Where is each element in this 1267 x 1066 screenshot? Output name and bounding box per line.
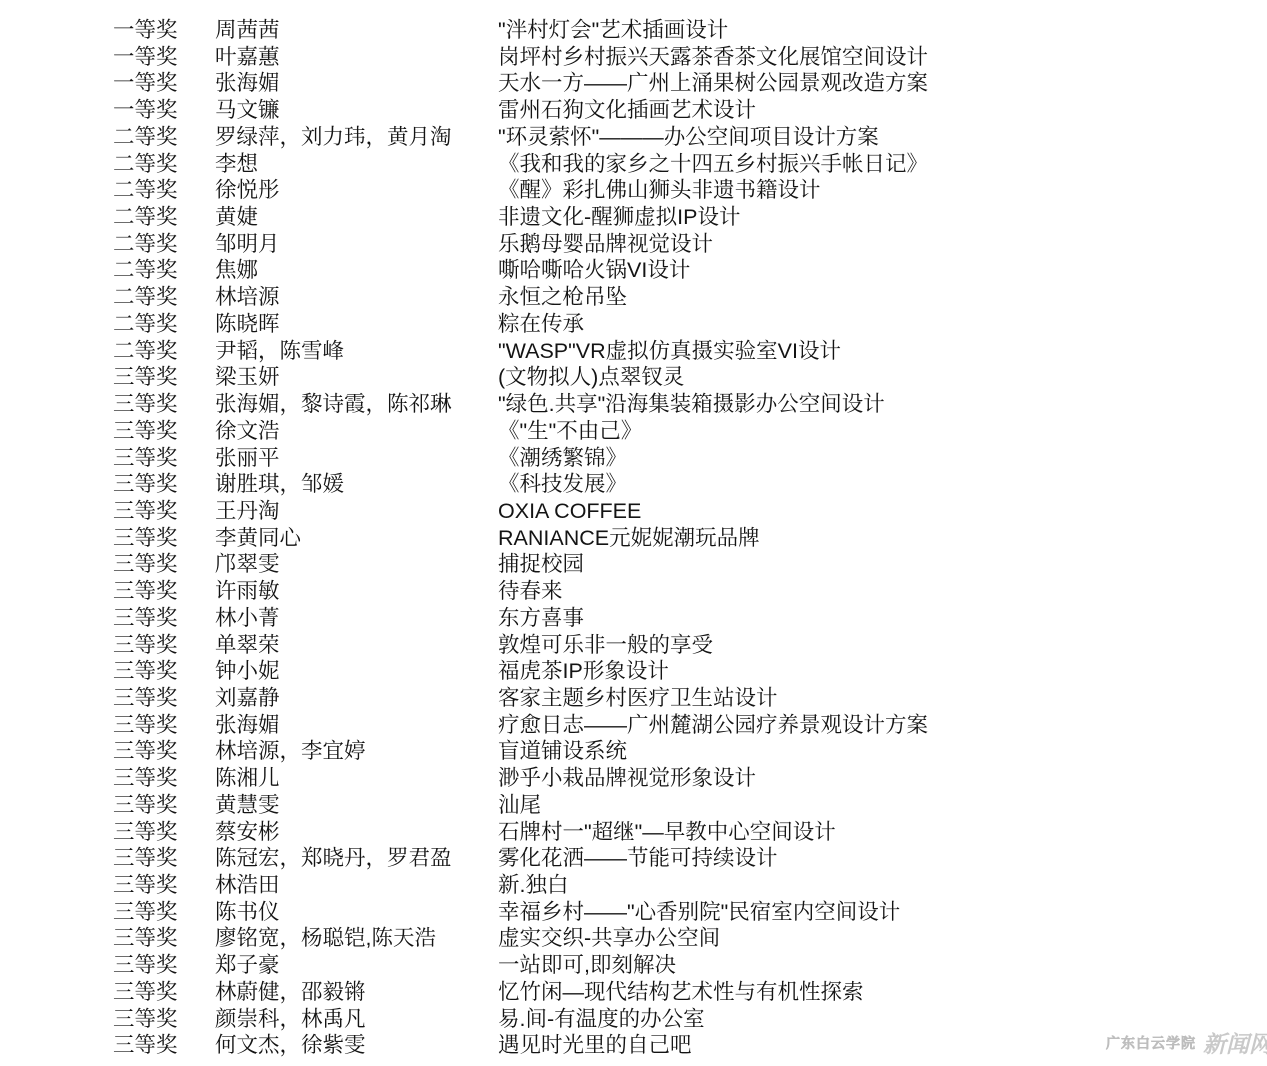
award-rank-cell: 二等奖 xyxy=(113,124,215,151)
work-title-cell: "绿色.共享"沿海集装箱摄影办公空间设计 xyxy=(498,391,885,418)
award-row: 三等奖 林浩田 新.独白 xyxy=(113,872,928,899)
winner-names-cell: 罗绿萍，刘力玮，黄月淘 xyxy=(215,124,498,151)
award-rank-cell: 三等奖 xyxy=(113,498,215,525)
winner-names-cell: 叶嘉蕙 xyxy=(215,44,498,71)
winner-names-cell: 张海媚 xyxy=(215,70,498,97)
winner-names-cell: 张海媚 xyxy=(215,712,498,739)
award-row: 三等奖 林培源，李宜婷 盲道铺设系统 xyxy=(113,738,928,765)
winner-names-cell: 林培源 xyxy=(215,284,498,311)
work-title-cell: 东方喜事 xyxy=(498,605,584,632)
work-title-cell: 嘶哈嘶哈火锅VI设计 xyxy=(498,257,690,284)
award-row: 三等奖 梁玉妍 (文物拟人)点翠钗灵 xyxy=(113,364,928,391)
work-title-cell: 福虎茶IP形象设计 xyxy=(498,658,669,685)
award-row: 三等奖 陈湘儿 渺乎小栽品牌视觉形象设计 xyxy=(113,765,928,792)
award-row: 三等奖 廖铭宽，杨聪铠,陈天浩 虚实交织-共享办公空间 xyxy=(113,925,928,952)
winner-names-cell: 张海媚，黎诗霞，陈祁琳 xyxy=(215,391,498,418)
winner-names-cell: 黄慧雯 xyxy=(215,792,498,819)
award-rank-cell: 二等奖 xyxy=(113,177,215,204)
award-rank-cell: 三等奖 xyxy=(113,364,215,391)
award-row: 三等奖 林小菁 东方喜事 xyxy=(113,605,928,632)
awards-document: 一等奖 周茜茜 "泮村灯会"艺术插画设计 一等奖 叶嘉蕙 岗坪村乡村振兴天露茶香… xyxy=(0,0,1267,1066)
award-row: 三等奖 黄慧雯 汕尾 xyxy=(113,792,928,819)
winner-names-cell: 许雨敏 xyxy=(215,578,498,605)
award-row: 三等奖 刘嘉静 客家主题乡村医疗卫生站设计 xyxy=(113,685,928,712)
work-title-cell: 《"生"不由己》 xyxy=(498,418,642,445)
work-title-cell: 粽在传承 xyxy=(498,311,584,338)
award-row: 二等奖 邹明月 乐鹅母婴品牌视觉设计 xyxy=(113,231,928,258)
award-row: 三等奖 陈冠宏，郑晓丹，罗君盈 雾化花洒——节能可持续设计 xyxy=(113,845,928,872)
work-title-cell: "WASP"VR虚拟仿真摄实验室VI设计 xyxy=(498,338,841,365)
work-title-cell: 《我和我的家乡之十四五乡村振兴手帐日记》 xyxy=(498,151,928,178)
watermark-college-name: 广东白云学院 xyxy=(1106,1033,1196,1053)
work-title-cell: 虚实交织-共享办公空间 xyxy=(498,925,720,952)
award-rank-cell: 一等奖 xyxy=(113,70,215,97)
winner-names-cell: 单翠荣 xyxy=(215,632,498,659)
award-row: 三等奖 张海媚 疗愈日志——广州麓湖公园疗养景观设计方案 xyxy=(113,712,928,739)
award-rank-cell: 二等奖 xyxy=(113,257,215,284)
award-rank-cell: 一等奖 xyxy=(113,17,215,44)
award-rank-cell: 三等奖 xyxy=(113,712,215,739)
award-row: 二等奖 尹韬，陈雪峰 "WASP"VR虚拟仿真摄实验室VI设计 xyxy=(113,338,928,365)
award-row: 二等奖 徐悦彤 《醒》彩扎佛山狮头非遗书籍设计 xyxy=(113,177,928,204)
award-rank-cell: 三等奖 xyxy=(113,792,215,819)
award-rank-cell: 二等奖 xyxy=(113,311,215,338)
work-title-cell: "环灵萦怀"———办公空间项目设计方案 xyxy=(498,124,879,151)
award-rank-cell: 三等奖 xyxy=(113,685,215,712)
work-title-cell: 疗愈日志——广州麓湖公园疗养景观设计方案 xyxy=(498,712,928,739)
award-rank-cell: 二等奖 xyxy=(113,204,215,231)
award-rank-cell: 三等奖 xyxy=(113,952,215,979)
award-rank-cell: 三等奖 xyxy=(113,551,215,578)
award-rank-cell: 二等奖 xyxy=(113,151,215,178)
work-title-cell: (文物拟人)点翠钗灵 xyxy=(498,364,684,391)
award-rank-cell: 三等奖 xyxy=(113,632,215,659)
award-rank-cell: 三等奖 xyxy=(113,525,215,552)
winner-names-cell: 陈冠宏，郑晓丹，罗君盈 xyxy=(215,845,498,872)
winner-names-cell: 徐文浩 xyxy=(215,418,498,445)
winner-names-cell: 张丽平 xyxy=(215,445,498,472)
work-title-cell: 汕尾 xyxy=(498,792,541,819)
award-rank-cell: 三等奖 xyxy=(113,738,215,765)
winner-names-cell: 尹韬，陈雪峰 xyxy=(215,338,498,365)
award-row: 二等奖 焦娜 嘶哈嘶哈火锅VI设计 xyxy=(113,257,928,284)
winner-names-cell: 陈晓晖 xyxy=(215,311,498,338)
work-title-cell: 非遗文化-醒狮虚拟IP设计 xyxy=(498,204,740,231)
award-row: 三等奖 郑子豪 一站即可,即刻解决 xyxy=(113,952,928,979)
winner-names-cell: 廖铭宽，杨聪铠,陈天浩 xyxy=(215,925,498,952)
work-title-cell: 新.独白 xyxy=(498,872,568,899)
award-row: 三等奖 陈书仪 幸福乡村——"心香别院"民宿室内空间设计 xyxy=(113,899,928,926)
winner-names-cell: 林培源，李宜婷 xyxy=(215,738,498,765)
winner-names-cell: 郑子豪 xyxy=(215,952,498,979)
award-rank-cell: 三等奖 xyxy=(113,872,215,899)
work-title-cell: 永恒之枪吊坠 xyxy=(498,284,627,311)
award-row: 三等奖 许雨敏 待春来 xyxy=(113,578,928,605)
work-title-cell: 一站即可,即刻解决 xyxy=(498,952,676,979)
award-rank-cell: 三等奖 xyxy=(113,471,215,498)
work-title-cell: 雷州石狗文化插画艺术设计 xyxy=(498,97,756,124)
award-row: 三等奖 徐文浩 《"生"不由己》 xyxy=(113,418,928,445)
work-title-cell: 忆竹闲—现代结构艺术性与有机性探索 xyxy=(498,979,864,1006)
work-title-cell: "泮村灯会"艺术插画设计 xyxy=(498,17,728,44)
award-rank-cell: 三等奖 xyxy=(113,899,215,926)
winner-names-cell: 邹明月 xyxy=(215,231,498,258)
award-rank-cell: 三等奖 xyxy=(113,1006,215,1033)
award-row: 一等奖 马文镰 雷州石狗文化插画艺术设计 xyxy=(113,97,928,124)
award-row: 三等奖 邝翠雯 捕捉校园 xyxy=(113,551,928,578)
work-title-cell: 盲道铺设系统 xyxy=(498,738,627,765)
award-row: 二等奖 罗绿萍，刘力玮，黄月淘 "环灵萦怀"———办公空间项目设计方案 xyxy=(113,124,928,151)
award-rank-cell: 二等奖 xyxy=(113,284,215,311)
award-row: 三等奖 单翠荣 敦煌可乐非一般的享受 xyxy=(113,632,928,659)
award-rank-cell: 二等奖 xyxy=(113,338,215,365)
award-rank-cell: 三等奖 xyxy=(113,658,215,685)
award-rank-cell: 一等奖 xyxy=(113,97,215,124)
work-title-cell: 渺乎小栽品牌视觉形象设计 xyxy=(498,765,756,792)
award-row: 三等奖 谢胜琪，邹媛 《科技发展》 xyxy=(113,471,928,498)
award-row: 三等奖 钟小妮 福虎茶IP形象设计 xyxy=(113,658,928,685)
award-rank-cell: 三等奖 xyxy=(113,578,215,605)
award-row: 二等奖 李想 《我和我的家乡之十四五乡村振兴手帐日记》 xyxy=(113,151,928,178)
work-title-cell: 《潮绣繁锦》 xyxy=(498,445,627,472)
award-list: 一等奖 周茜茜 "泮村灯会"艺术插画设计 一等奖 叶嘉蕙 岗坪村乡村振兴天露茶香… xyxy=(113,17,928,1059)
winner-names-cell: 钟小妮 xyxy=(215,658,498,685)
winner-names-cell: 周茜茜 xyxy=(215,17,498,44)
winner-names-cell: 梁玉妍 xyxy=(215,364,498,391)
winner-names-cell: 林蔚健，邵毅锵 xyxy=(215,979,498,1006)
award-row: 三等奖 蔡安彬 石牌村一"超继"—早教中心空间设计 xyxy=(113,819,928,846)
award-row: 一等奖 周茜茜 "泮村灯会"艺术插画设计 xyxy=(113,17,928,44)
work-title-cell: 《醒》彩扎佛山狮头非遗书籍设计 xyxy=(498,177,821,204)
award-rank-cell: 三等奖 xyxy=(113,925,215,952)
award-row: 一等奖 张海媚 天水一方——广州上涌果树公园景观改造方案 xyxy=(113,70,928,97)
award-rank-cell: 三等奖 xyxy=(113,418,215,445)
work-title-cell: 幸福乡村——"心香别院"民宿室内空间设计 xyxy=(498,899,900,926)
work-title-cell: 天水一方——广州上涌果树公园景观改造方案 xyxy=(498,70,928,97)
winner-names-cell: 马文镰 xyxy=(215,97,498,124)
work-title-cell: 敦煌可乐非一般的享受 xyxy=(498,632,713,659)
watermark-news-site-label: 新闻网 xyxy=(1203,1026,1267,1059)
winner-names-cell: 李想 xyxy=(215,151,498,178)
work-title-cell: 待春来 xyxy=(498,578,563,605)
award-rank-cell: 三等奖 xyxy=(113,445,215,472)
work-title-cell: RANIANCE元妮妮潮玩品牌 xyxy=(498,525,760,552)
work-title-cell: 遇见时光里的自己吧 xyxy=(498,1032,692,1059)
work-title-cell: 岗坪村乡村振兴天露茶香茶文化展馆空间设计 xyxy=(498,44,928,71)
award-rank-cell: 三等奖 xyxy=(113,979,215,1006)
winner-names-cell: 王丹淘 xyxy=(215,498,498,525)
winner-names-cell: 谢胜琪，邹媛 xyxy=(215,471,498,498)
winner-names-cell: 陈书仪 xyxy=(215,899,498,926)
winner-names-cell: 陈湘儿 xyxy=(215,765,498,792)
award-row: 二等奖 陈晓晖 粽在传承 xyxy=(113,311,928,338)
work-title-cell: 乐鹅母婴品牌视觉设计 xyxy=(498,231,713,258)
award-rank-cell: 三等奖 xyxy=(113,819,215,846)
winner-names-cell: 林浩田 xyxy=(215,872,498,899)
winner-names-cell: 焦娜 xyxy=(215,257,498,284)
winner-names-cell: 林小菁 xyxy=(215,605,498,632)
award-rank-cell: 三等奖 xyxy=(113,765,215,792)
award-row: 三等奖 张海媚，黎诗霞，陈祁琳 "绿色.共享"沿海集装箱摄影办公空间设计 xyxy=(113,391,928,418)
work-title-cell: 《科技发展》 xyxy=(498,471,627,498)
winner-names-cell: 邝翠雯 xyxy=(215,551,498,578)
work-title-cell: 雾化花洒——节能可持续设计 xyxy=(498,845,778,872)
winner-names-cell: 何文杰，徐紫雯 xyxy=(215,1032,498,1059)
watermark: 广东白云学院 新闻网 xyxy=(1106,1026,1267,1059)
award-row: 二等奖 林培源 永恒之枪吊坠 xyxy=(113,284,928,311)
work-title-cell: 易.间-有温度的办公室 xyxy=(498,1006,705,1033)
award-rank-cell: 三等奖 xyxy=(113,391,215,418)
award-row: 二等奖 黄婕 非遗文化-醒狮虚拟IP设计 xyxy=(113,204,928,231)
award-row: 三等奖 张丽平 《潮绣繁锦》 xyxy=(113,445,928,472)
winner-names-cell: 徐悦彤 xyxy=(215,177,498,204)
work-title-cell: 捕捉校园 xyxy=(498,551,584,578)
award-row: 三等奖 王丹淘 OXIA COFFEE xyxy=(113,498,928,525)
award-row: 三等奖 何文杰，徐紫雯 遇见时光里的自己吧 xyxy=(113,1032,928,1059)
award-rank-cell: 三等奖 xyxy=(113,1032,215,1059)
winner-names-cell: 刘嘉静 xyxy=(215,685,498,712)
award-row: 三等奖 颜崇科，林禹凡 易.间-有温度的办公室 xyxy=(113,1006,928,1033)
award-rank-cell: 三等奖 xyxy=(113,845,215,872)
award-rank-cell: 二等奖 xyxy=(113,231,215,258)
award-row: 一等奖 叶嘉蕙 岗坪村乡村振兴天露茶香茶文化展馆空间设计 xyxy=(113,44,928,71)
winner-names-cell: 李黄同心 xyxy=(215,525,498,552)
award-row: 三等奖 李黄同心 RANIANCE元妮妮潮玩品牌 xyxy=(113,525,928,552)
winner-names-cell: 颜崇科，林禹凡 xyxy=(215,1006,498,1033)
award-row: 三等奖 林蔚健，邵毅锵 忆竹闲—现代结构艺术性与有机性探索 xyxy=(113,979,928,1006)
winner-names-cell: 蔡安彬 xyxy=(215,819,498,846)
work-title-cell: 石牌村一"超继"—早教中心空间设计 xyxy=(498,819,836,846)
work-title-cell: 客家主题乡村医疗卫生站设计 xyxy=(498,685,778,712)
award-rank-cell: 三等奖 xyxy=(113,605,215,632)
award-rank-cell: 一等奖 xyxy=(113,44,215,71)
winner-names-cell: 黄婕 xyxy=(215,204,498,231)
work-title-cell: OXIA COFFEE xyxy=(498,498,641,525)
